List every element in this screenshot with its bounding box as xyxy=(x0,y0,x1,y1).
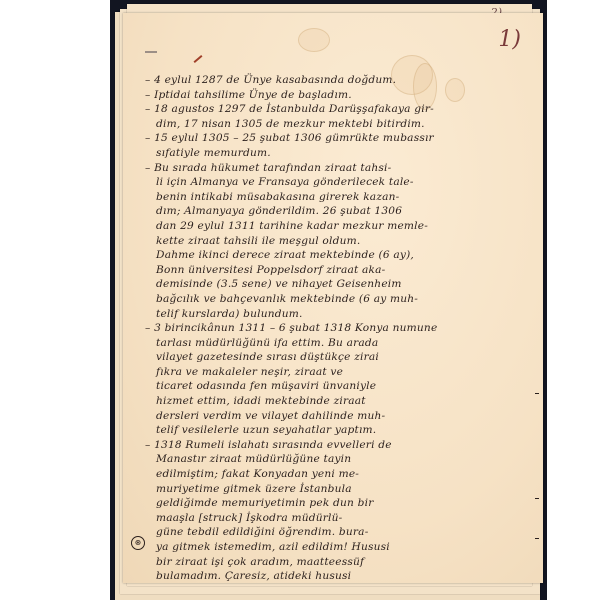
text-line: kette ziraat tahsili ile meşgul oldum. xyxy=(145,234,535,249)
red-ink-mark xyxy=(194,55,203,63)
water-stain xyxy=(298,28,330,52)
text-line: telif kurslarda) bulundum. xyxy=(145,307,535,322)
margin-dash xyxy=(535,538,539,539)
text-line: edilmiştim; fakat Konyadan yeni me- xyxy=(145,467,535,482)
pencil-mark xyxy=(145,51,157,53)
text-line: geldiğimde memuriyetimin pek dun bir xyxy=(145,496,535,511)
text-line: hizmet ettim, idadi mektebinde ziraat xyxy=(145,394,535,409)
text-line: dım; Almanyaya gönderildim. 26 şubat 130… xyxy=(145,204,535,219)
margin-dash xyxy=(535,393,539,394)
page-number: 1) xyxy=(498,27,521,52)
text-line: – 1318 Rumeli islahatı sırasında evvelle… xyxy=(145,438,535,453)
text-line: muriyetime gitmek üzere İstanbula xyxy=(145,482,535,497)
text-line: demisinde (3.5 sene) ve nihayet Geisenhe… xyxy=(145,277,535,292)
text-line: bağcılık ve bahçevanlık mektebinde (6 ay… xyxy=(145,292,535,307)
text-line: maaşla [struck] İşkodra müdürlü- xyxy=(145,511,535,526)
text-line: dim, 17 nisan 1305 de mezkur mektebi bit… xyxy=(145,117,535,132)
handwritten-text: – 4 eylul 1287 de Ünye kasabasında doğdu… xyxy=(145,73,535,584)
text-line: bulamadım. Çaresiz, atideki hususi xyxy=(145,569,535,584)
text-line: vilayet gazetesinde sırası düştükçe zira… xyxy=(145,350,535,365)
text-line: Dahme ikinci derece ziraat mektebinde (6… xyxy=(145,248,535,263)
text-line: – 4 eylul 1287 de Ünye kasabasında doğdu… xyxy=(145,73,535,88)
text-line: Bonn üniversitesi Poppelsdorf ziraat aka… xyxy=(145,263,535,278)
handwritten-page: 1) – 4 eylul 1287 de Ünye kasabasında do… xyxy=(123,13,543,583)
text-line: güne tebdil edildiğini öğrendim. bura- xyxy=(145,525,535,540)
text-line: sıfatiyle memurdum. xyxy=(145,146,535,161)
text-line: – 3 birincikânun 1311 – 6 şubat 1318 Kon… xyxy=(145,321,535,336)
text-line: benin intikabi müsabakasına girerek kaza… xyxy=(145,190,535,205)
text-line: telif vesilelerle uzun seyahatlar yaptım… xyxy=(145,423,535,438)
margin-annotation-icon: ⊛ xyxy=(131,536,145,550)
text-line: – Bu sırada hükumet tarafından ziraat ta… xyxy=(145,161,535,176)
text-line: fıkra ve makaleler neşir, ziraat ve xyxy=(145,365,535,380)
text-line: ya gitmek istemedim, azil edildim! Husus… xyxy=(145,540,535,555)
text-line: – Iptidai tahsilime Ünye de başladım. xyxy=(145,88,535,103)
text-line: ticaret odasında fen müşaviri ünvaniyle xyxy=(145,379,535,394)
document-photo: 2) 1) – 4 eylul 1287 de Ünye kasabasında… xyxy=(110,0,547,600)
text-line: tarlası müdürlüğünü ifa ettim. Bu arada xyxy=(145,336,535,351)
text-line: Manastır ziraat müdürlüğüne tayin xyxy=(145,452,535,467)
text-line: – 18 agustos 1297 de İstanbulda Darüşşaf… xyxy=(145,102,535,117)
text-line: – 15 eylul 1305 – 25 şubat 1306 gümrükte… xyxy=(145,131,535,146)
text-line: dan 29 eylul 1311 tarihine kadar mezkur … xyxy=(145,219,535,234)
text-line: bir ziraat işi çok aradım, maatteessüf xyxy=(145,555,535,570)
margin-dash xyxy=(535,498,539,499)
text-line: dersleri verdim ve vilayet dahilinde muh… xyxy=(145,409,535,424)
text-line: li için Almanya ve Fransaya gönderilecek… xyxy=(145,175,535,190)
